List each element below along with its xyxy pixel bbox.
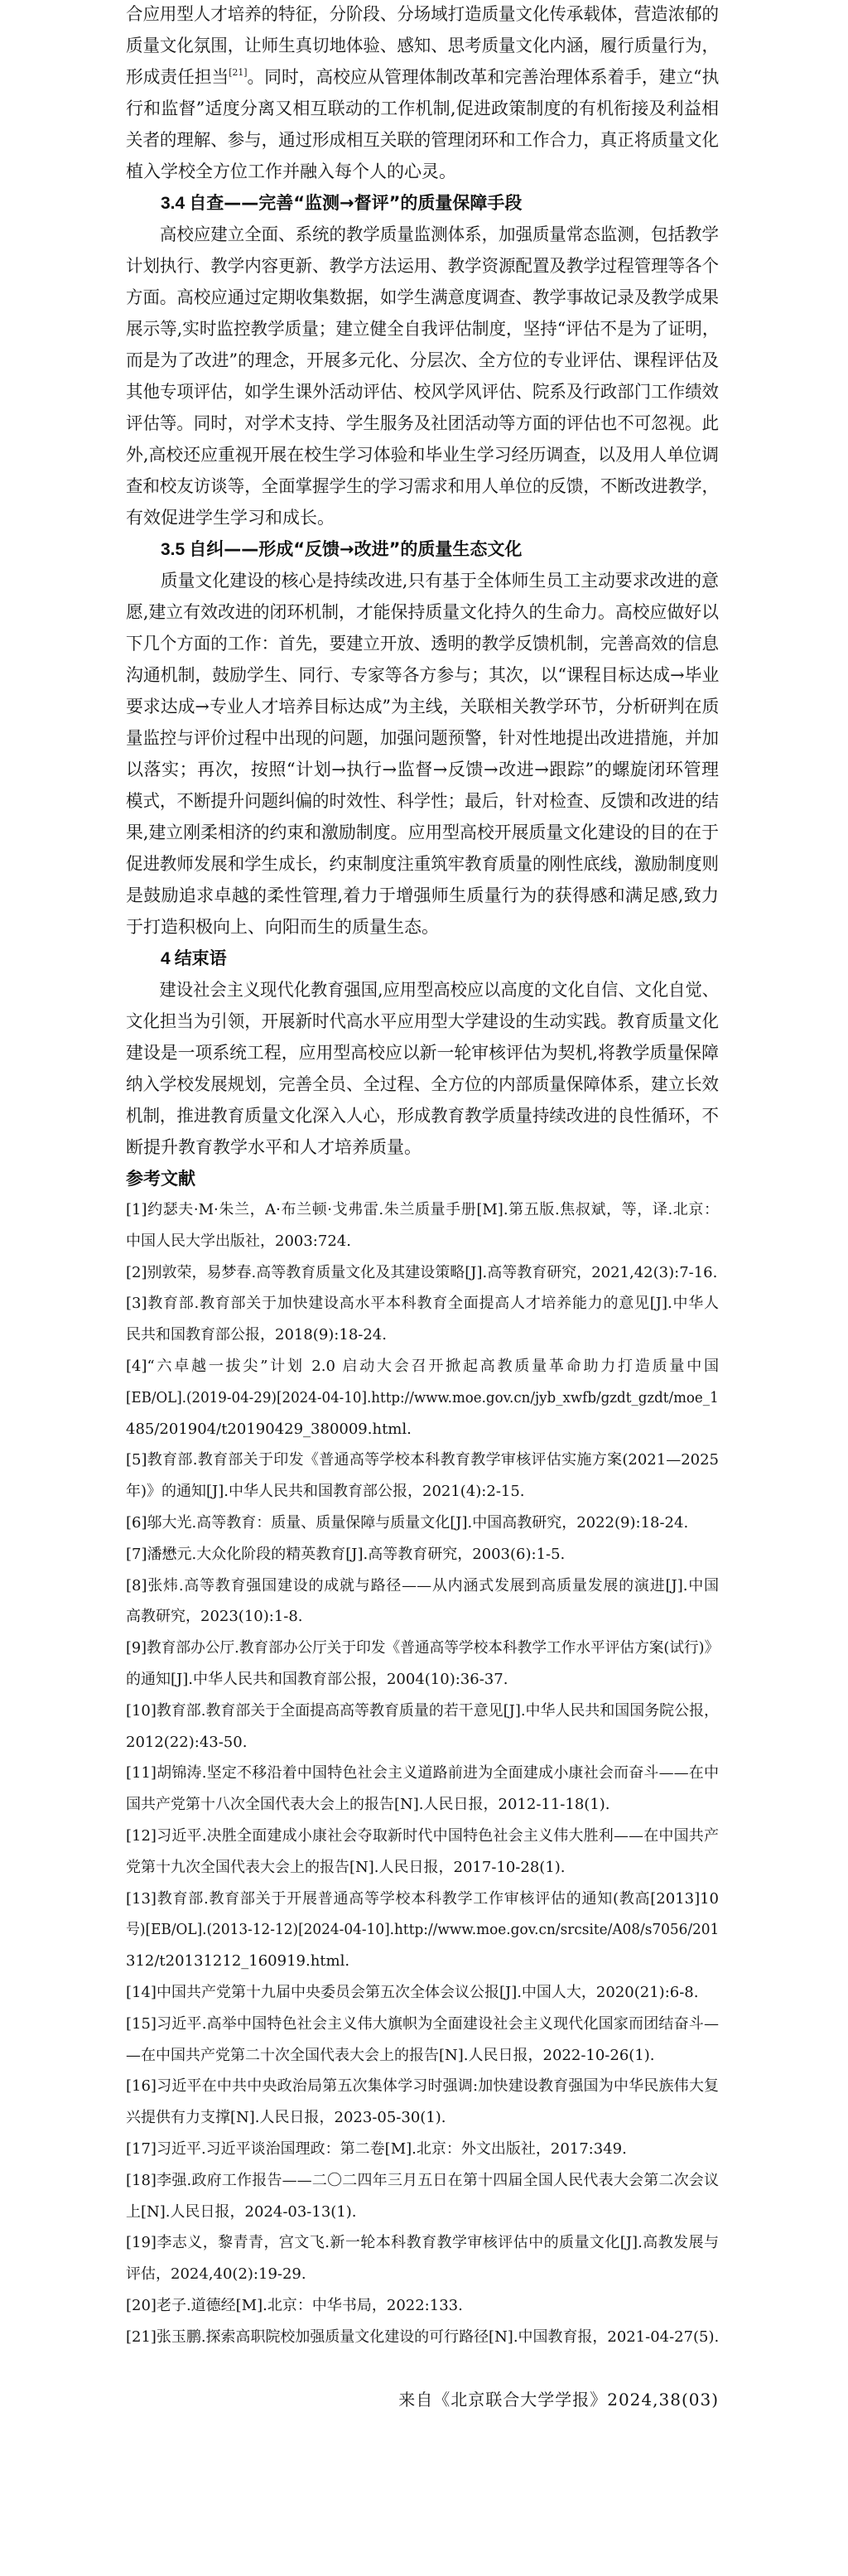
reference-label: [1] [126,1201,147,1218]
text-line: 建设社会主义现代化教育强国,应用型高校应以高度的文化自信、文化自觉、 [126,974,719,1006]
reference-text: 李志义，黎青青，宫文飞.新一轮本科教育教学审核评估中的质量文化[J].高教发展与 [157,2234,719,2251]
reference-text: 张炜.高等教育强国建设的成就与路径——从内涵式发展到高质量发展的演进[J].中国 [147,1577,720,1594]
reference-line: [16]习近平在中共中央政治局第五次集体学习时强调:加快建设教育强国为中华民族伟… [126,2071,719,2102]
reference-line: 党第十九次全国代表大会上的报告[N].人民日报，2017-10-28(1). [126,1852,719,1884]
paragraph: 合应用型人才培养的特征，分阶段、分场域打造质量文化传承载体，营造浓郁的质量文化氛… [126,0,719,187]
reference-item: [6]邬大光.高等教育：质量、质量保障与质量文化[J].中国高教研究，2022(… [126,1507,719,1539]
reference-line: [14]中国共产党第十九届中央委员会第五次全体会议公报[J].中国人大，2020… [126,1977,719,2009]
references-section: 参考文献 [1]约瑟夫·M·朱兰，A·布兰顿·戈弗雷.朱兰质量手册[M].第五版… [126,1163,719,2352]
reference-label: [7] [126,1546,147,1563]
reference-label: [10] [126,1702,157,1720]
document-page: 合应用型人才培养的特征，分阶段、分场域打造质量文化传承载体，营造浓郁的质量文化氛… [0,0,848,2576]
text-line: 机制，推进教育质量文化深入人心，形成教育教学质量持续改进的良性循环，不 [126,1100,719,1131]
reference-line: —在中国共产党第二十次全国代表大会上的报告[N].人民日报，2022-10-26… [126,2040,719,2072]
reference-text: 别敦荣，易梦春.高等教育质量文化及其建设策略[J].高等教育研究，2021,42… [147,1264,718,1281]
reference-line: 号)[EB/OL].(2013-12-12)[2024-04-10].http:… [126,1914,719,1946]
text-line: 下几个方面的工作：首先，要建立开放、透明的教学反馈机制，完善高效的信息 [126,628,719,659]
text-line: 查和校友访谈等，全面掌握学生的学习需求和用人单位的反馈，不断改进教学， [126,470,719,502]
reference-item: [8]张炜.高等教育强国建设的成就与路径——从内涵式发展到高质量发展的演进[J]… [126,1570,719,1633]
reference-line: [8]张炜.高等教育强国建设的成就与路径——从内涵式发展到高质量发展的演进[J]… [126,1570,719,1602]
reference-line: 评估，2024,40(2):19-29. [126,2259,719,2290]
reference-line: [12]习近平.决胜全面建成小康社会夺取新时代中国特色社会主义伟大胜利——在中国… [126,1821,719,1852]
reference-item: [21]张玉鹏.探索高职院校加强质量文化建设的可行路径[N].中国教育报，202… [126,2322,719,2353]
section-heading: 3.4自查——完善“监测→督评”的质量保障手段 [126,187,719,219]
reference-line: 312/t20131212_160919.html. [126,1946,719,1977]
reference-text: 中国人民大学出版社，2003:724. [126,1233,351,1250]
reference-line: [EB/OL].(2019-04-29)[2024-04-10].http://… [126,1382,719,1414]
reference-line: [11]胡锦涛.坚定不移沿着中国特色社会主义道路前进为全面建成小康社会而奋斗——… [126,1758,719,1789]
reference-item: [7]潘懋元.大众化阶段的精英教育[J].高等教育研究，2003(6):1-5. [126,1539,719,1570]
reference-item: [1]约瑟夫·M·朱兰，A·布兰顿·戈弗雷.朱兰质量手册[M].第五版.焦叔斌，… [126,1194,719,1257]
text-line: 而是为了改进”的理念，开展多元化、分层次、全方位的专业评估、课程评估及 [126,345,719,376]
reference-item: [5]教育部.教育部关于印发《普通高等学校本科教育教学审核评估实施方案(2021… [126,1445,719,1507]
text-line: 植入学校全方位工作并融入每个人的心灵。 [126,156,719,187]
reference-line: 2012(22):43-50. [126,1727,719,1758]
reference-label: [20] [126,2297,157,2314]
reference-label: [11] [126,1764,157,1782]
reference-line: 中国人民大学出版社，2003:724. [126,1226,719,1257]
text-line: 要求达成→专业人才培养目标达成”为主线，关联相关教学环节，分析研判在质 [126,691,719,722]
reference-item: [19]李志义，黎青青，宫文飞.新一轮本科教育教学审核评估中的质量文化[J].高… [126,2227,719,2290]
reference-text: 习近平.高举中国特色社会主义伟大旗帜为全面建设社会主义现代化国家而团结奋斗— [157,2015,719,2033]
reference-text: [EB/OL].(2019-04-29)[2024-04-10].http://… [126,1389,719,1406]
heading-number: 4 [161,949,171,968]
paragraph: 高校应建立全面、系统的教学质量监测体系，加强质量常态监测，包括教学计划执行、教学… [126,219,719,533]
reference-text: “六卓越一拔尖”计划 2.0 启动大会召开掀起高教质量革命助力打造质量中国 [147,1358,720,1375]
reference-label: [19] [126,2234,157,2251]
text-line: 纳入学校发展规划，完善全员、全过程、全方位的内部质量保障体系，建立长效 [126,1069,719,1100]
reference-line: 上[N].人民日报，2024-03-13(1). [126,2197,719,2228]
reference-text: 的通知[J].中华人民共和国教育部公报，2004(10):36-37. [126,1671,508,1688]
reference-line: [13]教育部.教育部关于开展普通高等学校本科教学工作审核评估的通知(教高[20… [126,1884,719,1915]
text-line: 其他专项评估，如学生课外活动评估、校风学风评估、院系及行政部门工作绩效 [126,376,719,408]
heading-title: 自查——完善“监测→督评”的质量保障手段 [189,193,522,213]
text-line: 果,建立刚柔相济的约束和激励制度。应用型高校开展质量文化建设的目的在于 [126,817,719,848]
text-segment: 形成责任担当 [126,67,229,87]
reference-text: 党第十九次全国代表大会上的报告[N].人民日报，2017-10-28(1). [126,1859,566,1876]
reference-line: [9]教育部办公厅.教育部办公厅关于印发《普通高等学校本科教学工作水平评估方案(… [126,1633,719,1664]
reference-line: [21]张玉鹏.探索高职院校加强质量文化建设的可行路径[N].中国教育报，202… [126,2322,719,2353]
text-line: 质量文化建设的核心是持续改进,只有基于全体师生员工主动要求改进的意 [126,565,719,596]
reference-item: [11]胡锦涛.坚定不移沿着中国特色社会主义道路前进为全面建成小康社会而奋斗——… [126,1758,719,1821]
text-line: 以落实；再次，按照“计划→执行→监督→反馈→改进→跟踪”的螺旋闭环管理 [126,754,719,785]
reference-label: [2] [126,1264,147,1281]
reference-text: 约瑟夫·M·朱兰，A·布兰顿·戈弗雷.朱兰质量手册[M].第五版.焦叔斌，等，译… [147,1201,720,1218]
reference-text: 老子.道德经[M].北京：中华书局，2022:133. [157,2297,463,2314]
reference-item: [13]教育部.教育部关于开展普通高等学校本科教学工作审核评估的通知(教高[20… [126,1884,719,1977]
reference-line: [4]“六卓越一拔尖”计划 2.0 启动大会召开掀起高教质量革命助力打造质量中国 [126,1351,719,1382]
heading-title: 结束语 [175,948,227,968]
reference-label: [5] [126,1451,147,1469]
reference-item: [12]习近平.决胜全面建成小康社会夺取新时代中国特色社会主义伟大胜利——在中国… [126,1821,719,1884]
reference-item: [18]李强.政府工作报告——二〇二四年三月五日在第十四届全国人民代表大会第二次… [126,2165,719,2228]
text-line: 行和监督”适度分离又相互联动的工作机制,促进政策制度的有机衔接及利益相 [126,93,719,124]
reference-item: [15]习近平.高举中国特色社会主义伟大旗帜为全面建设社会主义现代化国家而团结奋… [126,2009,719,2072]
reference-item: [14]中国共产党第十九届中央委员会第五次全体会议公报[J].中国人大，2020… [126,1977,719,2009]
reference-text: 2012(22):43-50. [126,1734,247,1751]
reference-label: [14] [126,1984,157,2001]
reference-text: 年)》的通知[J].中华人民共和国教育部公报，2021(4):2-15. [126,1483,525,1500]
paragraph: 建设社会主义现代化教育强国,应用型高校应以高度的文化自信、文化自觉、文化担当为引… [126,974,719,1163]
reference-label: [8] [126,1577,147,1594]
reference-label: [16] [126,2077,157,2095]
source-citation: 来自《北京联合大学学报》2024,38(03) [126,2384,719,2415]
heading-number: 3.4 [161,194,185,213]
article-body: 合应用型人才培养的特征，分阶段、分场域打造质量文化传承载体，营造浓郁的质量文化氛… [126,0,719,2415]
reference-line: [1]约瑟夫·M·朱兰，A·布兰顿·戈弗雷.朱兰质量手册[M].第五版.焦叔斌，… [126,1194,719,1226]
reference-line: 国共产党第十八次全国代表大会上的报告[N].人民日报，2012-11-18(1)… [126,1789,719,1821]
text-segment: 。同时，高校应从管理体制改革和完善治理体系着手，建立“执 [248,67,720,87]
heading-title: 自纠——形成“反馈→改进”的质量生态文化 [189,539,522,559]
reference-line: 年)》的通知[J].中华人民共和国教育部公报，2021(4):2-15. [126,1476,719,1507]
reference-text: 312/t20131212_160919.html. [126,1952,349,1970]
text-line: 建设是一项系统工程，应用型高校应以新一轮审核评估为契机,将教学质量保障 [126,1037,719,1069]
reference-line: [5]教育部.教育部关于印发《普通高等学校本科教育教学审核评估实施方案(2021… [126,1445,719,1476]
reference-text: 上[N].人民日报，2024-03-13(1). [126,2203,357,2221]
reference-text: 李强.政府工作报告——二〇二四年三月五日在第十四届全国人民代表大会第二次会议 [157,2172,719,2189]
reference-line: 兴提供有力支撑[N].人民日报，2023-05-30(1). [126,2102,719,2134]
reference-line: [18]李强.政府工作报告——二〇二四年三月五日在第十四届全国人民代表大会第二次… [126,2165,719,2197]
text-line: 展示等,实时监控教学质量；建立健全自我评估制度，坚持“评估不是为了证明， [126,313,719,345]
reference-item: [17]习近平.习近平谈治国理政：第二卷[M].北京：外文出版社，2017:34… [126,2134,719,2165]
text-line: 外,高校还应重视开展在校生学习体验和毕业生学习经历调查，以及用人单位调 [126,439,719,470]
reference-text: 中国共产党第十九届中央委员会第五次全体会议公报[J].中国人大，2020(21)… [157,1984,699,2001]
reference-line: 的通知[J].中华人民共和国教育部公报，2004(10):36-37. [126,1664,719,1696]
reference-text: 号)[EB/OL].(2013-12-12)[2024-04-10].http:… [126,1921,719,1938]
reference-line: 485/201904/t20190429_380009.html. [126,1414,719,1445]
reference-text: 习近平.习近平谈治国理政：第二卷[M].北京：外文出版社，2017:349. [157,2140,627,2158]
reference-label: [3] [126,1295,147,1312]
reference-item: [20]老子.道德经[M].北京：中华书局，2022:133. [126,2290,719,2322]
reference-text: 张玉鹏.探索高职院校加强质量文化建设的可行路径[N].中国教育报，2021-04… [157,2328,719,2346]
heading-number: 3.5 [161,540,185,559]
reference-item: [2]别敦荣，易梦春.高等教育质量文化及其建设策略[J].高等教育研究，2021… [126,1257,719,1289]
reference-text: 习近平在中共中央政治局第五次集体学习时强调:加快建设教育强国为中华民族伟大复 [157,2077,719,2095]
text-line: 有效促进学生学习和成长。 [126,502,719,533]
reference-label: [6] [126,1514,147,1532]
paragraph: 质量文化建设的核心是持续改进,只有基于全体师生员工主动要求改进的意愿,建立有效改… [126,565,719,943]
reference-text: 教育部.教育部关于加快建设高水平本科教育全面提高人才培养能力的意见[J].中华人 [147,1295,720,1312]
article-content: 合应用型人才培养的特征，分阶段、分场域打造质量文化传承载体，营造浓郁的质量文化氛… [126,0,719,1163]
reference-text: 教育部.教育部关于开展普通高等学校本科教学工作审核评估的通知(教高[2013]1… [157,1890,719,1908]
reference-text: 教育部.教育部关于印发《普通高等学校本科教育教学审核评估实施方案(2021—20… [147,1451,720,1469]
reference-item: [9]教育部办公厅.教育部办公厅关于印发《普通高等学校本科教学工作水平评估方案(… [126,1633,719,1696]
reference-text: 兴提供有力支撑[N].人民日报，2023-05-30(1). [126,2109,446,2126]
reference-line: 民共和国教育部公报，2018(9):18-24. [126,1319,719,1351]
reference-line: 高教研究，2023(10):1-8. [126,1601,719,1633]
reference-text: —在中国共产党第二十次全国代表大会上的报告[N].人民日报，2022-10-26… [126,2047,655,2064]
text-line: 形成责任担当[21]。同时，高校应从管理体制改革和完善治理体系着手，建立“执 [126,61,719,93]
reference-item: [4]“六卓越一拔尖”计划 2.0 启动大会召开掀起高教质量革命助力打造质量中国… [126,1351,719,1445]
reference-line: [6]邬大光.高等教育：质量、质量保障与质量文化[J].中国高教研究，2022(… [126,1507,719,1539]
text-line: 促进教师发展和学生成长，约束制度注重筑牢教育质量的刚性底线，激励制度则 [126,848,719,880]
reference-text: 485/201904/t20190429_380009.html. [126,1421,412,1438]
references-heading: 参考文献 [126,1163,719,1194]
text-line: 方面。高校应通过定期收集数据，如学生满意度调查、教学事故记录及教学成果 [126,282,719,313]
reference-text: 教育部办公厅.教育部办公厅关于印发《普通高等学校本科教学工作水平评估方案(试行)… [147,1639,719,1657]
reference-text: 教育部.教育部关于全面提高高等教育质量的若干意见[J].中华人民共和国国务院公报… [157,1702,719,1720]
text-line: 文化担当为引领，开展新时代高水平应用型大学建设的生动实践。教育质量文化 [126,1006,719,1037]
reference-label: [12] [126,1827,157,1845]
reference-item: [3]教育部.教育部关于加快建设高水平本科教育全面提高人才培养能力的意见[J].… [126,1288,719,1351]
section-heading: 4结束语 [126,943,719,974]
reference-item: [16]习近平在中共中央政治局第五次集体学习时强调:加快建设教育强国为中华民族伟… [126,2071,719,2134]
reference-label: [18] [126,2172,157,2189]
reference-text: 邬大光.高等教育：质量、质量保障与质量文化[J].中国高教研究，2022(9):… [147,1514,689,1532]
reference-line: [7]潘懋元.大众化阶段的精英教育[J].高等教育研究，2003(6):1-5. [126,1539,719,1570]
reference-text: 高教研究，2023(10):1-8. [126,1608,303,1625]
reference-line: [17]习近平.习近平谈治国理政：第二卷[M].北京：外文出版社，2017:34… [126,2134,719,2165]
reference-list: [1]约瑟夫·M·朱兰，A·布兰顿·戈弗雷.朱兰质量手册[M].第五版.焦叔斌，… [126,1194,719,2352]
reference-label: [4] [126,1358,147,1375]
reference-text: 评估，2024,40(2):19-29. [126,2265,306,2283]
reference-label: [21] [126,2328,157,2346]
reference-label: [13] [126,1890,157,1908]
reference-text: 民共和国教育部公报，2018(9):18-24. [126,1326,387,1343]
reference-text: 习近平.决胜全面建成小康社会夺取新时代中国特色社会主义伟大胜利——在中国共产 [157,1827,719,1845]
text-line: 质量文化氛围，让师生真切地体验、感知、思考质量文化内涵，履行质量行为， [126,30,719,61]
reference-line: [20]老子.道德经[M].北京：中华书局，2022:133. [126,2290,719,2322]
citation-superscript: [21] [229,67,247,78]
text-line: 量监控与评价过程中出现的问题，加强问题预警，针对性地提出改进措施，并加 [126,722,719,754]
reference-label: [15] [126,2015,157,2033]
text-line: 模式，不断提升问题纠偏的时效性、科学性；最后，针对检查、反馈和改进的结 [126,785,719,817]
reference-text: 潘懋元.大众化阶段的精英教育[J].高等教育研究，2003(6):1-5. [147,1546,566,1563]
text-line: 关者的理解、参与，通过形成相互关联的管理闭环和工作合力，真正将质量文化 [126,124,719,156]
reference-line: [2]别敦荣，易梦春.高等教育质量文化及其建设策略[J].高等教育研究，2021… [126,1257,719,1289]
reference-line: [3]教育部.教育部关于加快建设高水平本科教育全面提高人才培养能力的意见[J].… [126,1288,719,1319]
text-line: 计划执行、教学内容更新、教学方法运用、教学资源配置及教学过程管理等各个 [126,250,719,282]
text-line: 合应用型人才培养的特征，分阶段、分场域打造质量文化传承载体，营造浓郁的 [126,0,719,30]
text-line: 高校应建立全面、系统的教学质量监测体系，加强质量常态监测，包括教学 [126,219,719,250]
reference-line: [10]教育部.教育部关于全面提高高等教育质量的若干意见[J].中华人民共和国国… [126,1696,719,1727]
reference-label: [17] [126,2140,157,2158]
text-line: 沟通机制，鼓励学生、同行、专家等各方参与；其次，以“课程目标达成→毕业 [126,659,719,691]
reference-label: [9] [126,1639,147,1657]
text-line: 断提升教育教学水平和人才培养质量。 [126,1131,719,1163]
reference-item: [10]教育部.教育部关于全面提高高等教育质量的若干意见[J].中华人民共和国国… [126,1696,719,1758]
reference-line: [19]李志义，黎青青，宫文飞.新一轮本科教育教学审核评估中的质量文化[J].高… [126,2227,719,2259]
reference-text: 胡锦涛.坚定不移沿着中国特色社会主义道路前进为全面建成小康社会而奋斗——在中 [157,1764,719,1782]
reference-text: 国共产党第十八次全国代表大会上的报告[N].人民日报，2012-11-18(1)… [126,1796,610,1813]
text-line: 评估等。同时，对学术支持、学生服务及社团活动等方面的评估也不可忽视。此 [126,408,719,439]
section-heading: 3.5自纠——形成“反馈→改进”的质量生态文化 [126,533,719,565]
reference-line: [15]习近平.高举中国特色社会主义伟大旗帜为全面建设社会主义现代化国家而团结奋… [126,2009,719,2040]
text-line: 于打造积极向上、向阳而生的质量生态。 [126,911,719,943]
text-line: 愿,建立有效改进的闭环机制，才能保持质量文化持久的生命力。高校应做好以 [126,596,719,628]
text-line: 是鼓励追求卓越的柔性管理,着力于增强师生质量行为的获得感和满足感,致力 [126,880,719,911]
